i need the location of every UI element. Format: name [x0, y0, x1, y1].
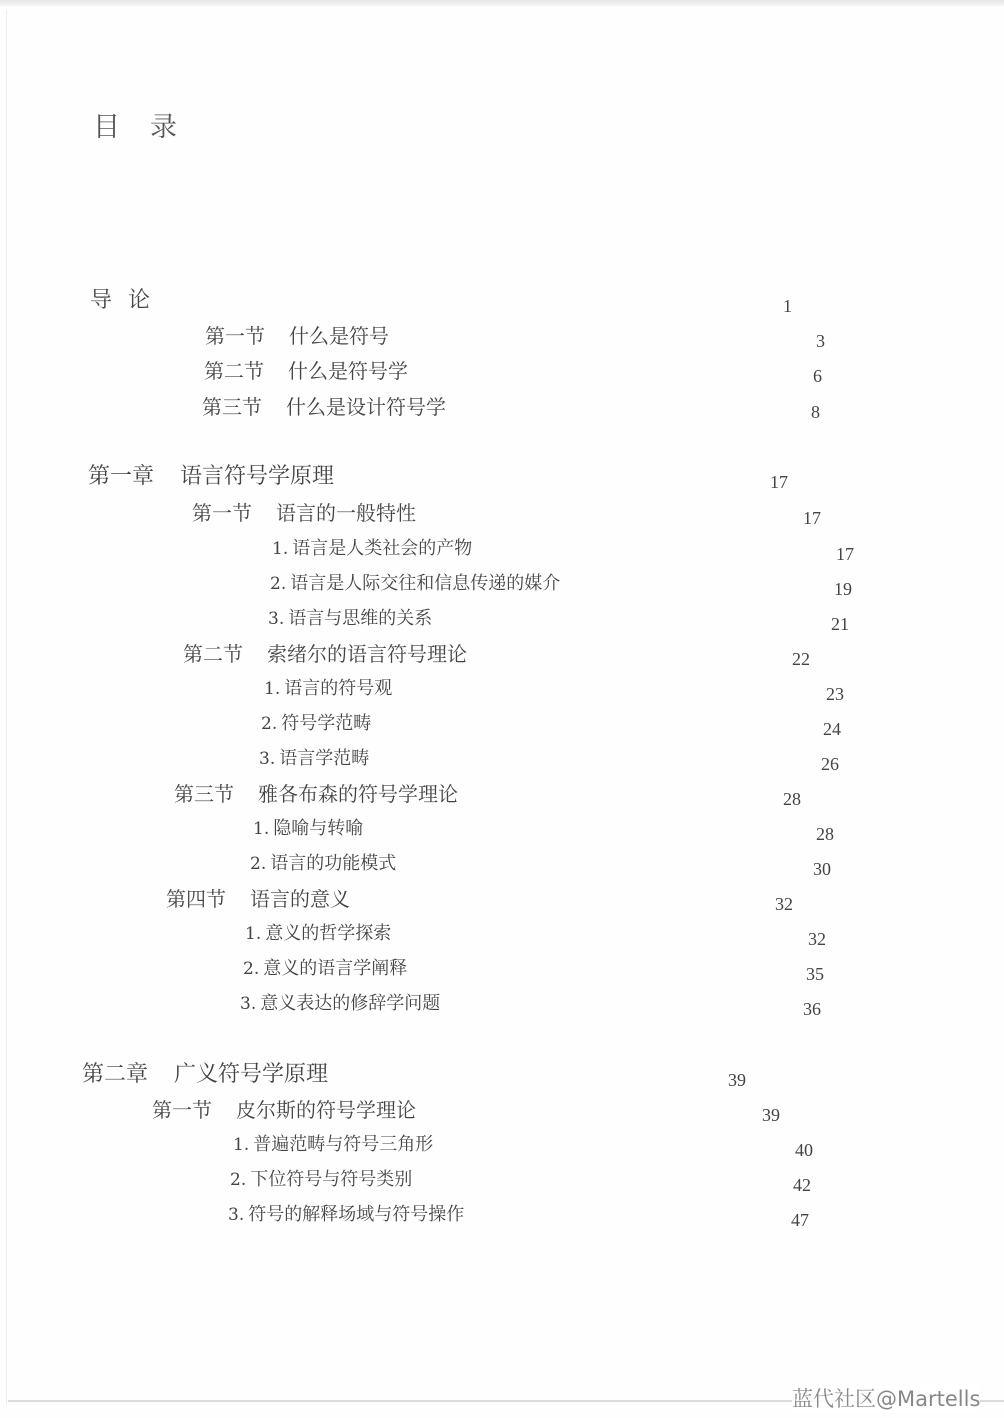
- entry-number: 1.: [245, 920, 261, 948]
- page-top-edge: [0, 0, 1004, 6]
- entry-number: 第二节: [183, 640, 243, 668]
- scanned-page: 目录 导论 1 第一节什么是符号 3 第二节什么是符号学 6 第三节什么是设计符…: [0, 0, 1004, 1418]
- entry-number: 1.: [253, 815, 269, 843]
- toc-entry-section[interactable]: 第三节什么是设计符号学: [202, 393, 446, 423]
- page-number: 28: [783, 785, 801, 813]
- entry-text: 索绪尔的语言符号理论: [267, 640, 467, 668]
- entry-number: 1.: [233, 1131, 249, 1159]
- toc-entry-intro[interactable]: 导论: [90, 287, 166, 316]
- entry-number: 第二节: [204, 357, 264, 385]
- toc-entry-chapter[interactable]: 第二章广义符号学原理: [82, 1061, 328, 1090]
- entry-text: 意义表达的修辞学问题: [260, 990, 440, 1018]
- entry-number: 第一节: [152, 1096, 212, 1124]
- entry-text: 导论: [90, 287, 166, 315]
- toc-entry-item[interactable]: 3.符号的解释场域与符号操作: [228, 1201, 464, 1229]
- entry-text: 语言的符号观: [284, 675, 392, 703]
- entry-text: 符号的解释场域与符号操作: [248, 1201, 464, 1229]
- entry-text: 语言的意义: [250, 885, 350, 913]
- toc-entry-item[interactable]: 2.语言的功能模式: [250, 850, 396, 878]
- entry-number: 第一节: [192, 499, 252, 527]
- entry-number: 1.: [272, 535, 288, 563]
- entry-number: 2.: [250, 850, 266, 878]
- toc-entry-section[interactable]: 第二节什么是符号学: [204, 357, 408, 387]
- page-number: 39: [762, 1101, 780, 1129]
- page-number: 26: [821, 750, 839, 778]
- page-number: 1: [783, 292, 792, 320]
- toc-entry-item[interactable]: 2.符号学范畴: [261, 710, 371, 738]
- entry-number: 1.: [264, 675, 280, 703]
- entry-text: 什么是符号学: [288, 357, 408, 385]
- page-number: 24: [823, 715, 841, 743]
- entry-number: 3.: [240, 990, 256, 1018]
- entry-number: 2.: [270, 570, 286, 598]
- toc-entry-item[interactable]: 1.语言是人类社会的产物: [272, 535, 472, 563]
- entry-text: 语言是人类社会的产物: [292, 535, 472, 563]
- entry-number: 第一节: [205, 322, 265, 350]
- entry-text: 语言的一般特性: [276, 499, 416, 527]
- page-number: 6: [813, 362, 822, 390]
- page-number: 42: [793, 1171, 811, 1199]
- page-left-edge: [6, 10, 7, 1405]
- entry-number: 3.: [259, 745, 275, 773]
- toc-entry-section[interactable]: 第一节皮尔斯的符号学理论: [152, 1096, 416, 1126]
- toc-entry-item[interactable]: 1.语言的符号观: [264, 675, 392, 703]
- page-number: 35: [806, 960, 824, 988]
- entry-text: 语言符号学原理: [180, 463, 334, 491]
- toc-entry-item[interactable]: 1.隐喻与转喻: [253, 815, 363, 843]
- page-number: 22: [792, 645, 810, 673]
- entry-text: 符号学范畴: [281, 710, 371, 738]
- entry-number: 2.: [243, 955, 259, 983]
- page-number: 21: [831, 610, 849, 638]
- entry-text: 隐喻与转喻: [273, 815, 363, 843]
- entry-text: 意义的语言学阐释: [263, 955, 407, 983]
- entry-number: 3.: [228, 1201, 244, 1229]
- entry-text: 皮尔斯的符号学理论: [236, 1096, 416, 1124]
- page-number: 3: [816, 327, 825, 355]
- watermark: 蓝代社区@Martells: [792, 1386, 980, 1412]
- entry-number: 第三节: [174, 780, 234, 808]
- page-number: 40: [795, 1136, 813, 1164]
- page-number: 8: [811, 398, 820, 426]
- toc-entry-section[interactable]: 第四节语言的意义: [166, 885, 350, 915]
- toc-entry-section[interactable]: 第一节什么是符号: [205, 322, 389, 352]
- page-number: 17: [803, 504, 821, 532]
- entry-text: 语言学范畴: [279, 745, 369, 773]
- page-number: 32: [775, 890, 793, 918]
- toc-entry-item[interactable]: 3.语言学范畴: [259, 745, 369, 773]
- page-number: 19: [834, 575, 852, 603]
- entry-text: 语言是人际交往和信息传递的媒介: [290, 570, 560, 598]
- entry-text: 普遍范畴与符号三角形: [253, 1131, 433, 1159]
- entry-text: 语言的功能模式: [270, 850, 396, 878]
- toc-entry-item[interactable]: 1.普遍范畴与符号三角形: [233, 1131, 433, 1159]
- toc-entry-item[interactable]: 2.意义的语言学阐释: [243, 955, 407, 983]
- toc-entry-item[interactable]: 3.语言与思维的关系: [268, 605, 432, 633]
- entry-number: 第二章: [82, 1061, 148, 1089]
- page-number: 17: [836, 540, 854, 568]
- toc-entry-chapter[interactable]: 第一章语言符号学原理: [88, 463, 334, 492]
- page-number: 32: [808, 925, 826, 953]
- page-number: 47: [791, 1206, 809, 1234]
- toc-entry-item[interactable]: 2.下位符号与符号类别: [230, 1166, 412, 1194]
- page-number: 30: [813, 855, 831, 883]
- entry-text: 语言与思维的关系: [288, 605, 432, 633]
- entry-text: 什么是符号: [289, 322, 389, 350]
- entry-number: 2.: [261, 710, 277, 738]
- page-number: 39: [728, 1066, 746, 1094]
- toc-title: 目录: [93, 110, 207, 146]
- toc-entry-section[interactable]: 第二节索绪尔的语言符号理论: [183, 640, 467, 670]
- entry-text: 意义的哲学探索: [265, 920, 391, 948]
- page-number: 28: [816, 820, 834, 848]
- entry-number: 第一章: [88, 463, 154, 491]
- entry-number: 3.: [268, 605, 284, 633]
- entry-number: 第四节: [166, 885, 226, 913]
- toc-entry-item[interactable]: 2.语言是人际交往和信息传递的媒介: [270, 570, 560, 598]
- toc-entry-section[interactable]: 第三节雅各布森的符号学理论: [174, 780, 458, 810]
- entry-text: 广义符号学原理: [174, 1061, 328, 1089]
- toc-entry-item[interactable]: 1.意义的哲学探索: [245, 920, 391, 948]
- entry-text: 什么是设计符号学: [286, 393, 446, 421]
- page-number: 17: [770, 468, 788, 496]
- entry-text: 雅各布森的符号学理论: [258, 780, 458, 808]
- toc-entry-section[interactable]: 第一节语言的一般特性: [192, 499, 416, 529]
- page-number: 36: [803, 995, 821, 1023]
- entry-number: 2.: [230, 1166, 246, 1194]
- page-number: 23: [826, 680, 844, 708]
- entry-text: 下位符号与符号类别: [250, 1166, 412, 1194]
- toc-entry-item[interactable]: 3.意义表达的修辞学问题: [240, 990, 440, 1018]
- entry-number: 第三节: [202, 393, 262, 421]
